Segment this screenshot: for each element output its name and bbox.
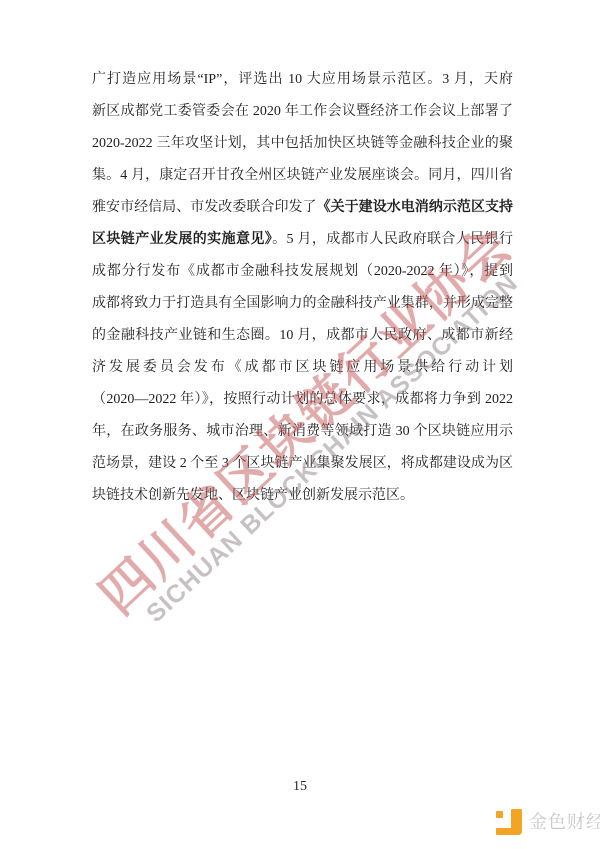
body-text-line: 块链技术创新先发地、区块链产业创新发展示范区。	[92, 480, 513, 512]
jinse-finance-logo: 金色财经	[496, 809, 600, 835]
body-text-line: 的金融科技产业链和生态圈。10 月，成都市人民政府、成都市新经	[92, 320, 513, 352]
body-text-line: 新区成都党工委管委会在 2020 年工作会议暨经济工作会议上部署了	[92, 96, 513, 128]
body-text-line: 范场景，建设 2 个至 3 个区块链产业集聚发展区，将成都建设成为区	[92, 448, 513, 480]
body-text-line: 集。4 月，康定召开甘孜全州区块链产业发展座谈会。同月，四川省	[92, 160, 513, 192]
jinse-finance-logo-text: 金色财经	[529, 809, 600, 835]
page-number: 15	[0, 779, 600, 795]
body-text-line: 济发展委员会发布《成都市区块链应用场景供给行动计划	[92, 352, 513, 384]
body-text-line: 区块链产业发展的实施意见》。5 月，成都市人民政府联合人民银行	[92, 224, 513, 256]
body-paragraph: 广打造应用场景“IP”，评选出 10 大应用场景示范区。3 月，天府新区成都党工…	[92, 64, 513, 512]
body-text-line: 成都将致力于打造具有全国影响力的金融科技产业集群，并形成完整	[92, 288, 513, 320]
body-text-line: 年，在政务服务、城市治理、新消费等领域打造 30 个区块链应用示	[92, 416, 513, 448]
body-text-line: （2020—2022 年）》，按照行动计划的总体要求，成都将力争到 2022	[92, 384, 513, 416]
body-text-line: 成都分行发布《成都市金融科技发展规划（2020-2022 年）》，提到	[92, 256, 513, 288]
body-text-line: 2020-2022 三年攻坚计划，其中包括加快区块链等金融科技企业的聚	[92, 128, 513, 160]
body-text-line: 广打造应用场景“IP”，评选出 10 大应用场景示范区。3 月，天府	[92, 64, 513, 96]
document-page: 广打造应用场景“IP”，评选出 10 大应用场景示范区。3 月，天府新区成都党工…	[0, 0, 600, 849]
body-text-line: 雅安市经信局、市发改委联合印发了《关于建设水电消纳示范区支持	[92, 192, 513, 224]
jinse-blocks-icon	[496, 809, 522, 835]
